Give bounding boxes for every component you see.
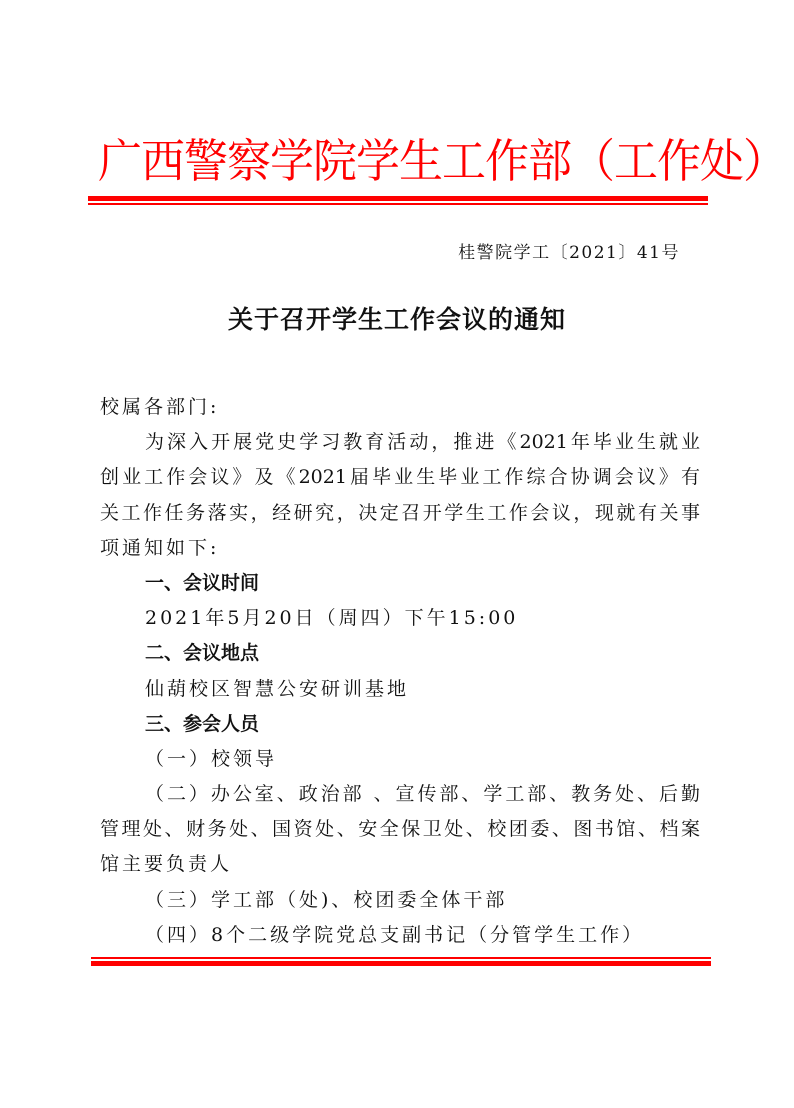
header-rule-thin [88,203,708,205]
footer-rule-thin [91,957,711,959]
salutation: 校属各部门: [100,390,700,425]
intro-line: 创业工作会议》及《2021届毕业生毕业工作综合协调会议》有 [100,460,700,495]
section-heading-attendees: 三、参会人员 [100,707,700,742]
document-title: 关于召开学生工作会议的通知 [0,300,794,340]
document-page: 广西警察学院学生工作部（工作处） 桂警院学工〔2021〕41号 关于召开学生工作… [0,0,794,1108]
intro-line: 关工作任务落实，经研究，决定召开学生工作会议，现就有关事 [100,496,700,531]
intro-line: 项通知如下: [100,531,700,566]
attendee-item-continued: 管理处、财务处、国资处、安全保卫处、校团委、图书馆、档案 [100,812,700,847]
issuing-office-header: 广西警察学院学生工作部（工作处） [98,132,708,193]
attendee-item: （一）校领导 [100,742,700,777]
attendee-item: （四）8个二级学院党总支副书记（分管学生工作） [100,918,700,953]
document-number: 桂警院学工〔2021〕41号 [458,240,680,266]
attendee-item-continued: 馆主要负责人 [100,847,700,882]
document-body: 校属各部门: 为深入开展党史学习教育活动，推进《2021年毕业生就业 创业工作会… [100,390,700,953]
attendee-item: （三）学工部（处)、校团委全体干部 [100,883,700,918]
attendee-item: （二）办公室、政治部 、宣传部、学工部、教务处、后勤 [100,777,700,812]
meeting-location: 仙葫校区智慧公安研训基地 [100,672,700,707]
footer-rule-thick [91,961,711,966]
header-rule-thick [88,196,708,201]
section-heading-time: 一、会议时间 [100,566,700,601]
meeting-time: 2021年5月20日（周四）下午15:00 [100,601,700,636]
section-heading-location: 二、会议地点 [100,636,700,671]
intro-line: 为深入开展党史学习教育活动，推进《2021年毕业生就业 [100,425,700,460]
